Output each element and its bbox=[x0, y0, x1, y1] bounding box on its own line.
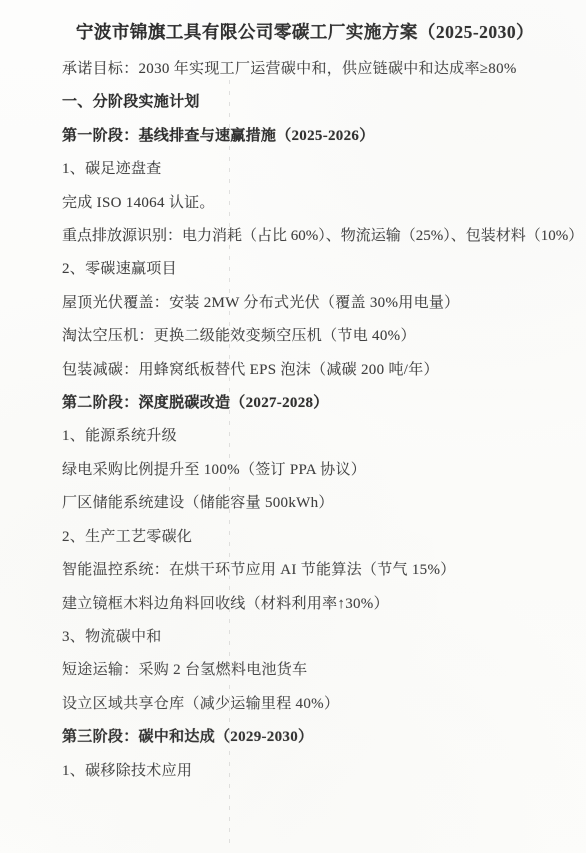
energy-storage-line: 厂区储能系统建设（储能容量 500kWh） bbox=[62, 487, 548, 520]
recycling-line-line: 建立镜框木料边角料回收线（材料利用率↑30%） bbox=[62, 588, 548, 621]
document-title: 宁波市锦旗工具有限公司零碳工厂实施方案（2025-2030） bbox=[42, 20, 568, 44]
air-compressor-line: 淘汰空压机：更换二级能效变频空压机（节电 40%） bbox=[62, 320, 548, 353]
iso-certification-line: 完成 ISO 14064 认证。 bbox=[62, 187, 548, 220]
packaging-line: 包装减碳：用蜂窝纸板替代 EPS 泡沫（减碳 200 吨/年） bbox=[62, 354, 548, 387]
phase1-heading: 第一阶段：基线排查与速赢措施（2025-2026） bbox=[62, 120, 548, 153]
commitment-goal-line: 承诺目标：2030 年实现工厂运营碳中和，供应链碳中和达成率≥80% bbox=[62, 53, 548, 86]
phase1-item2-heading: 2、零碳速赢项目 bbox=[62, 253, 548, 286]
phase3-heading: 第三阶段：碳中和达成（2029-2030） bbox=[62, 721, 548, 754]
rooftop-pv-line: 屋顶光伏覆盖：安装 2MW 分布式光伏（覆盖 30%用电量） bbox=[62, 287, 548, 320]
phase3-item1-heading: 1、碳移除技术应用 bbox=[62, 755, 548, 788]
smart-temperature-line: 智能温控系统：在烘干环节应用 AI 节能算法（节气 15%） bbox=[62, 554, 548, 587]
green-power-line: 绿电采购比例提升至 100%（签订 PPA 协议） bbox=[62, 454, 548, 487]
phase2-heading: 第二阶段：深度脱碳改造（2027-2028） bbox=[62, 387, 548, 420]
phase2-item3-heading: 3、物流碳中和 bbox=[62, 621, 548, 654]
scanned-document-page: 宁波市锦旗工具有限公司零碳工厂实施方案（2025-2030） 承诺目标：2030… bbox=[0, 0, 586, 853]
emission-sources-line: 重点排放源识别：电力消耗（占比 60%）、物流运输（25%）、包装材料（10%） bbox=[62, 220, 548, 253]
document-body: 承诺目标：2030 年实现工厂运营碳中和，供应链碳中和达成率≥80%一、分阶段实… bbox=[62, 53, 548, 788]
phase1-item1-heading: 1、碳足迹盘查 bbox=[62, 153, 548, 186]
phase2-item1-heading: 1、能源系统升级 bbox=[62, 420, 548, 453]
shared-warehouse-line: 设立区域共享仓库（减少运输里程 40%） bbox=[62, 688, 548, 721]
short-haul-line: 短途运输：采购 2 台氢燃料电池货车 bbox=[62, 654, 548, 687]
phase2-item2-heading: 2、生产工艺零碳化 bbox=[62, 521, 548, 554]
section-heading-implementation-plan: 一、分阶段实施计划 bbox=[62, 86, 548, 119]
